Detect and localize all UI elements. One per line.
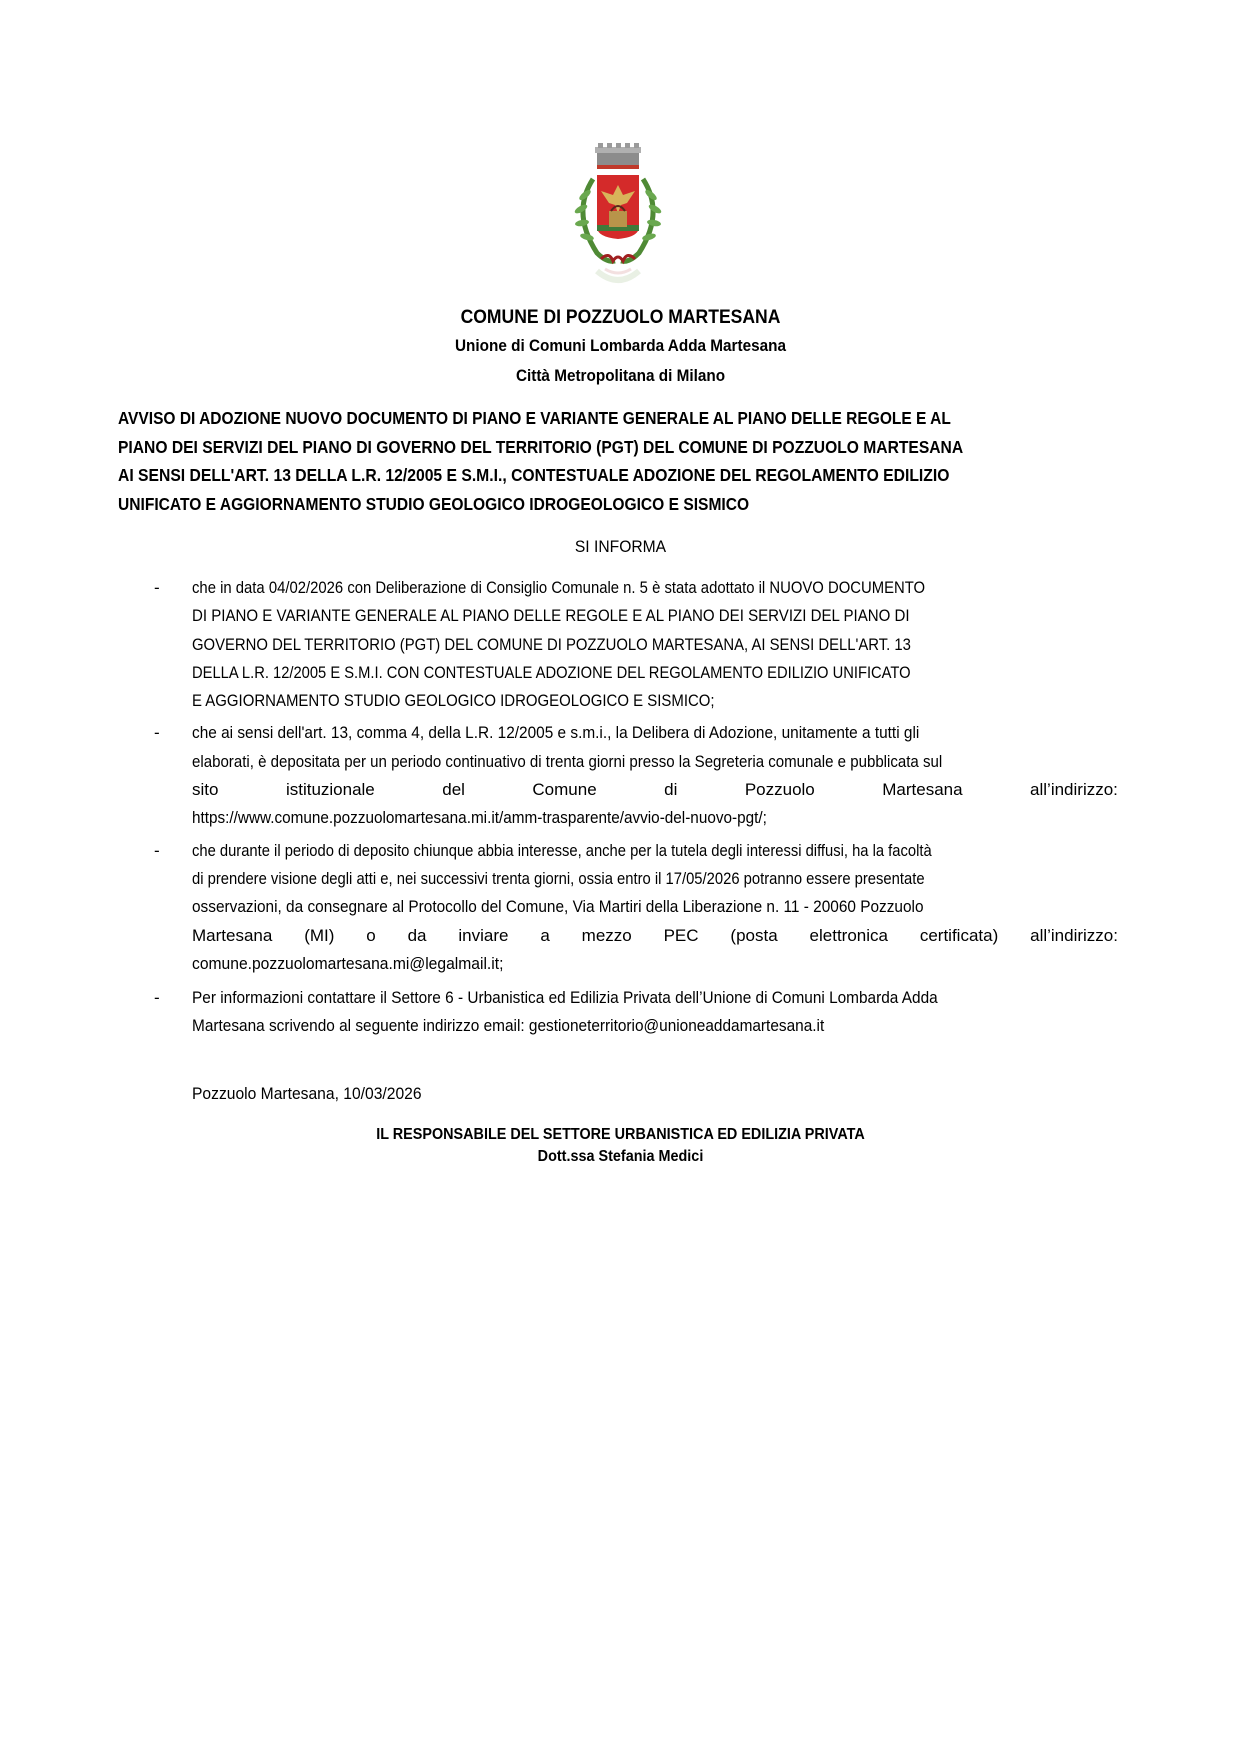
bullet-dash: -: [154, 719, 160, 747]
bullet-line: osservazioni, da consegnare al Protocoll…: [192, 893, 1030, 921]
notice-heading-line: PIANO DEI SERVIZI DEL PIANO DI GOVERNO D…: [118, 433, 1011, 462]
notice-heading: AVVISO DI ADOZIONE NUOVO DOCUMENTO DI PI…: [118, 404, 1118, 518]
metropolitan-city: Città Metropolitana di Milano: [62, 366, 1179, 386]
notice-heading-line: AI SENSI DELL'ART. 13 DELLA L.R. 12/2005…: [118, 461, 1015, 490]
bullet-line: DI PIANO E VARIANTE GENERALE AL PIANO DE…: [192, 602, 1012, 630]
bullet-line: che durante il periodo di deposito chiun…: [192, 837, 996, 865]
bullet-line: DELLA L.R. 12/2005 E S.M.I. CON CONTESTU…: [192, 659, 994, 687]
list-item: - che durante il periodo di deposito chi…: [150, 837, 1118, 978]
bullet-dash: -: [154, 837, 160, 865]
si-informa-label: SI INFORMA: [50, 537, 1192, 557]
bullet-line: Per informazioni contattare il Settore 6…: [192, 984, 1030, 1012]
notice-heading-line: UNIFICATO E AGGIORNAMENTO STUDIO GEOLOGI…: [118, 490, 1008, 519]
signatory-role: IL RESPONSABILE DEL SETTORE URBANISTICA …: [62, 1126, 1179, 1144]
bullet-line: di prendere visione degli atti e, nei su…: [192, 865, 998, 893]
list-item: - che in data 04/02/2026 con Deliberazio…: [150, 574, 1118, 715]
list-item: - Per informazioni contattare il Settore…: [150, 984, 1118, 1041]
bullet-line: elaborati, è depositata per un periodo c…: [192, 748, 1012, 776]
municipal-coat-of-arms-icon: [557, 143, 677, 298]
bullet-line: che in data 04/02/2026 con Deliberazione…: [192, 574, 1001, 602]
bullet-dash: -: [154, 984, 160, 1012]
bullet-line: che ai sensi dell'art. 13, comma 4, dell…: [192, 719, 1030, 747]
bullet-line-justified: sitoistituzionaledelComunediPozzuoloMart…: [192, 776, 1118, 804]
signatory-name: Dott.ssa Stefania Medici: [62, 1148, 1179, 1166]
notice-bullet-list: - che in data 04/02/2026 con Deliberazio…: [150, 574, 1118, 1045]
place-and-date: Pozzuolo Martesana, 10/03/2026: [192, 1084, 422, 1104]
municipality-title: COMUNE DI POZZUOLO MARTESANA: [62, 306, 1179, 329]
bullet-dash: -: [154, 574, 160, 602]
bullet-line: Martesana scrivendo al seguente indirizz…: [192, 1012, 1030, 1040]
document-page: COMUNE DI POZZUOLO MARTESANA Unione di C…: [0, 0, 1241, 1755]
notice-heading-line: AVVISO DI ADOZIONE NUOVO DOCUMENTO DI PI…: [118, 404, 1005, 433]
union-subtitle: Unione di Comuni Lombarda Adda Martesana: [62, 336, 1179, 356]
pec-email-text: comune.pozzuolomartesana.mi@legalmail.it…: [192, 950, 1044, 978]
bullet-line-justified: Martesana(MI)odainviareamezzoPEC(postael…: [192, 922, 1118, 950]
bullet-line: GOVERNO DEL TERRITORIO (PGT) DEL COMUNE …: [192, 631, 1001, 659]
bullet-line: E AGGIORNAMENTO STUDIO GEOLOGICO IDROGEO…: [192, 687, 1007, 715]
list-item: - che ai sensi dell'art. 13, comma 4, de…: [150, 719, 1118, 832]
website-link-text: https://www.comune.pozzuolomartesana.mi.…: [192, 804, 1025, 832]
